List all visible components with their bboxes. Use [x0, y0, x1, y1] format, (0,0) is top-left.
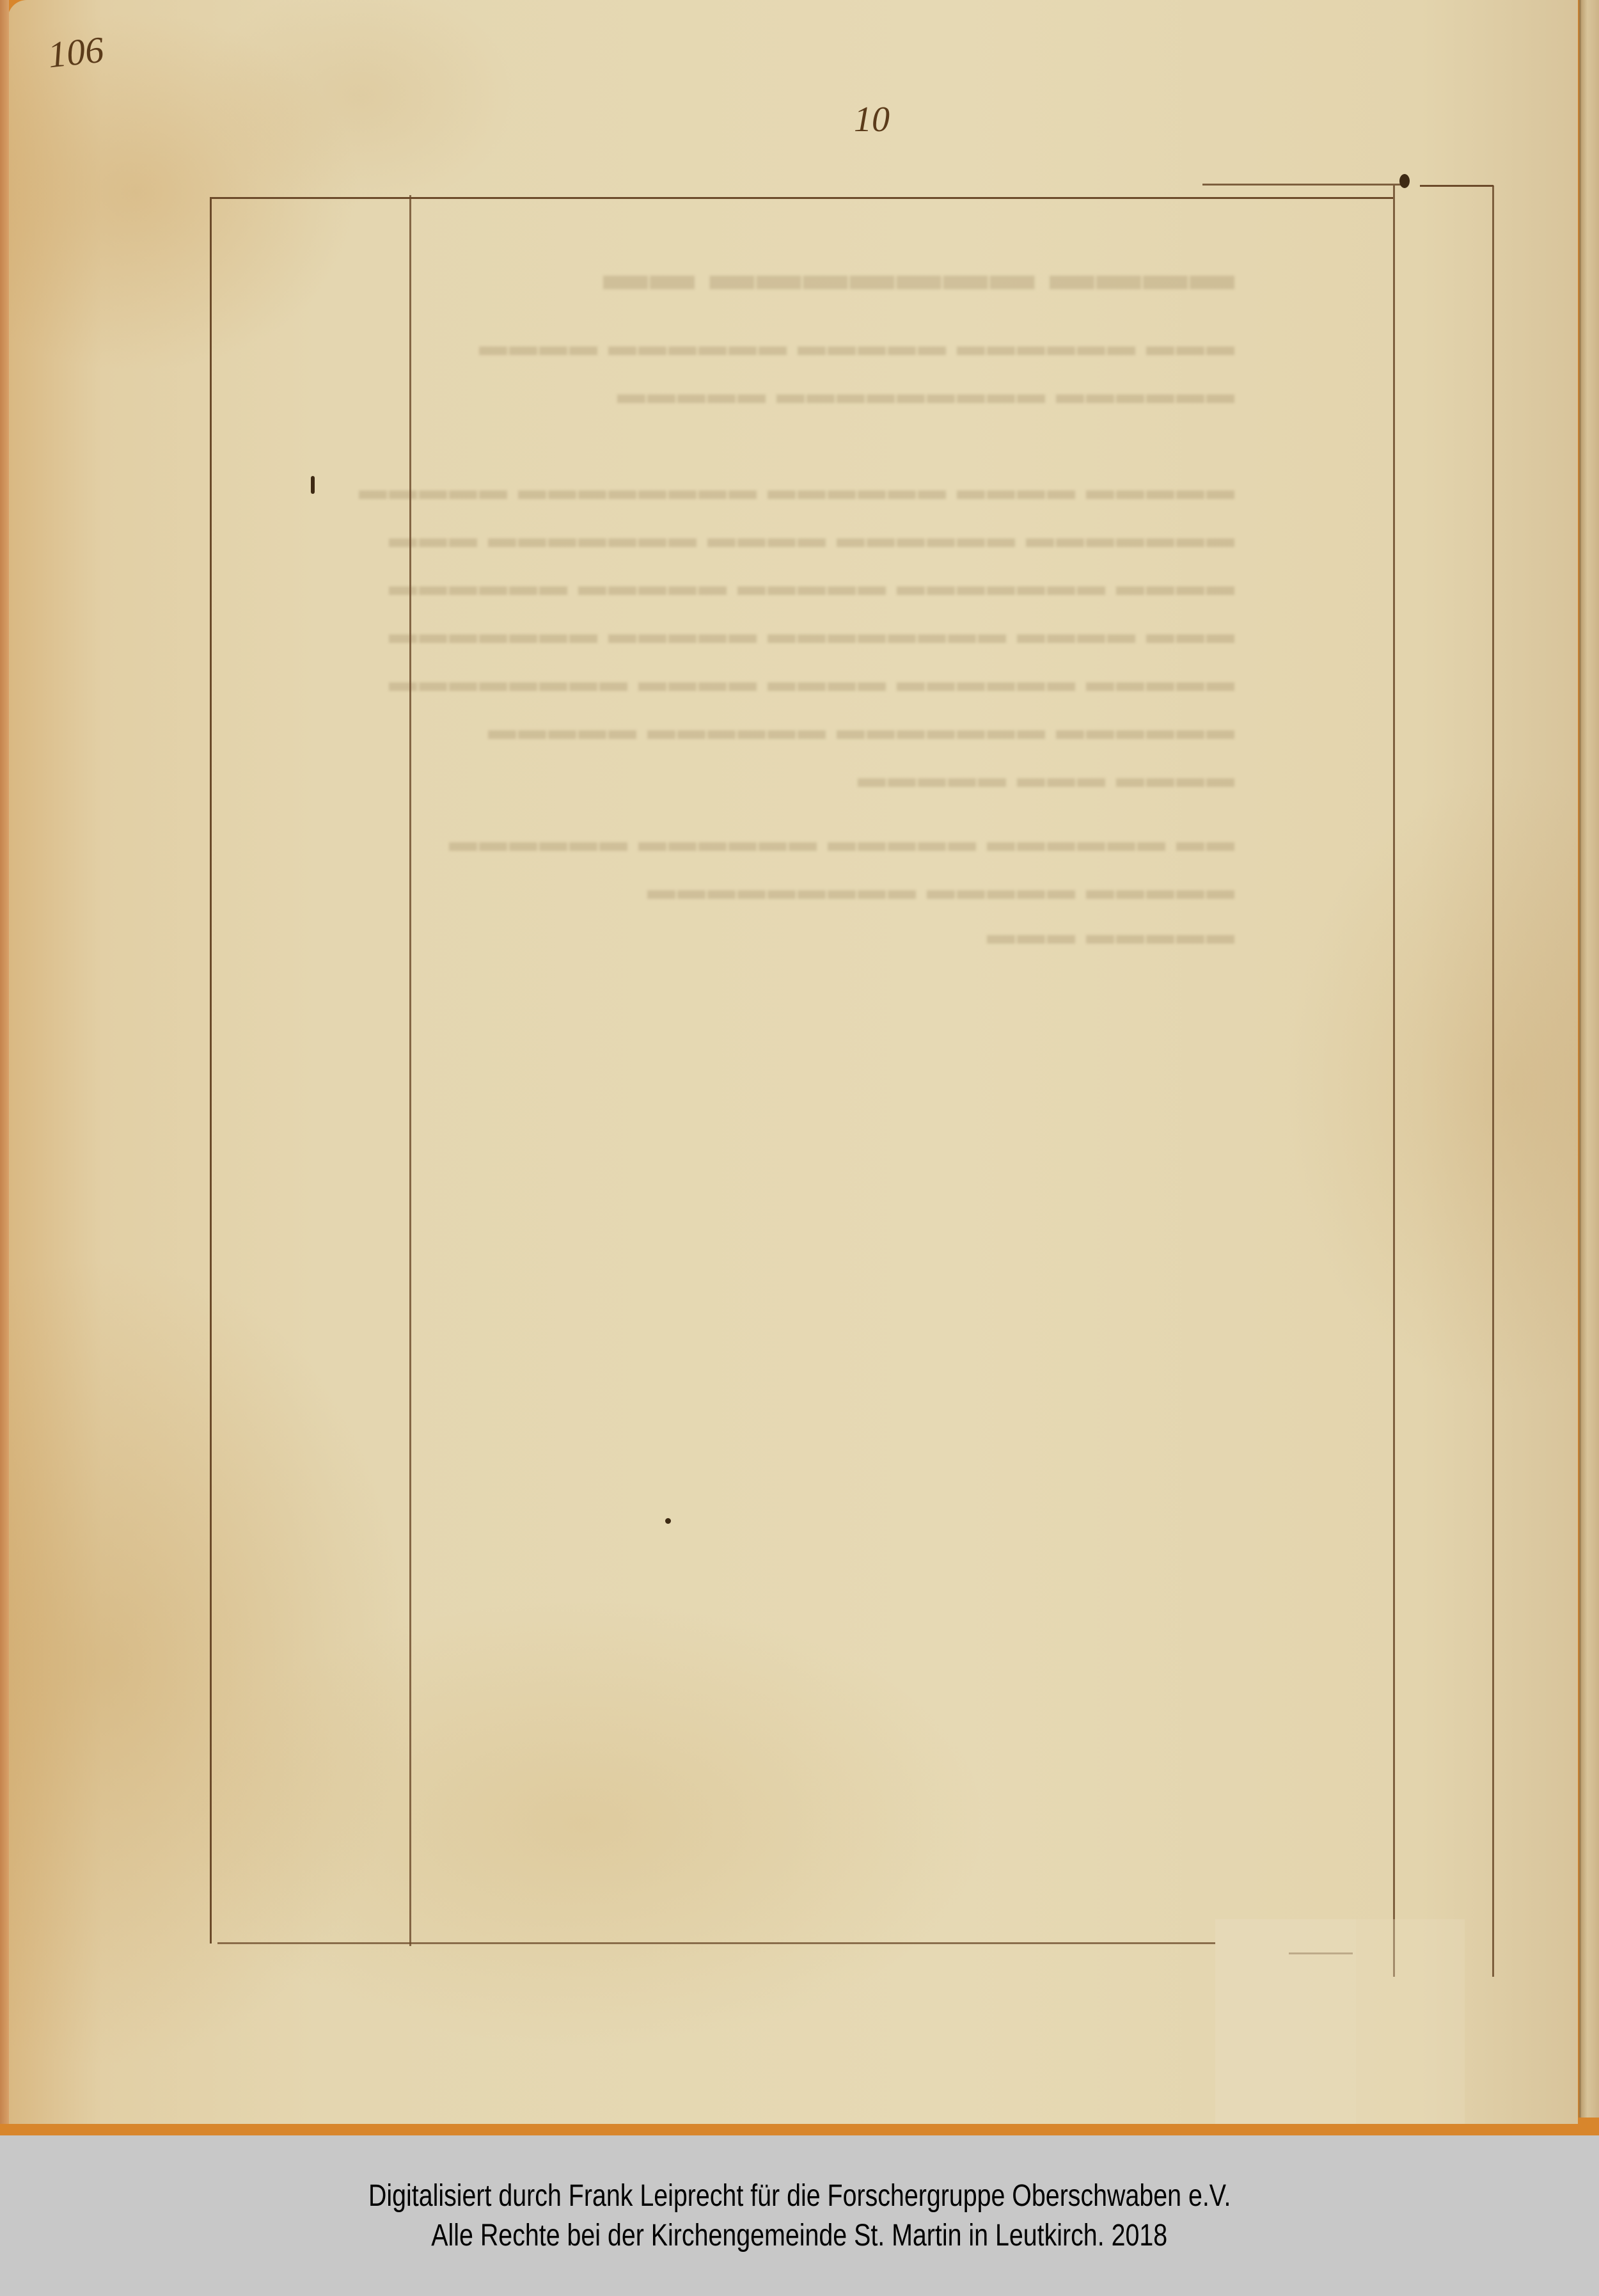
bleed-through-line: ▬▬▬▬▬ ▬▬▬▬▬▬ ▬▬▬▬ ▬▬▬▬ ▬▬▬▬▬▬▬▬: [243, 665, 1234, 698]
caption-line-2: Alle Rechte bei der Kirchengemeinde St. …: [432, 2216, 1168, 2256]
bleed-through-line: ▬▬▬▬▬ ▬▬▬▬▬ ▬▬▬▬▬▬▬▬▬: [243, 873, 1234, 906]
page-edge-line: [1579, 0, 1581, 2118]
ink-dot: [665, 1518, 671, 1524]
frame-right-rule: [1393, 186, 1395, 1977]
adjacent-pages-edge: [1580, 0, 1599, 2118]
folio-number: 106: [46, 28, 106, 77]
page-left-edge: [0, 0, 9, 2124]
paper-sheet: [8, 0, 1578, 2124]
bleed-through-line: ▬▬▬ ▬▬▬▬ ▬▬▬▬▬▬▬▬ ▬▬▬▬▬ ▬▬▬▬▬▬▬: [243, 617, 1234, 650]
frame-bottom-rule: [217, 1942, 1215, 1944]
ink-blot: [1399, 174, 1410, 188]
page-number: 10: [854, 99, 890, 140]
frame-right-outer-rule: [1492, 186, 1494, 1977]
bleed-through-line: ▬▬▬▬▬▬▬ ▬▬▬▬▬▬ ▬▬▬▬ ▬▬▬▬▬▬▬ ▬▬▬: [243, 521, 1234, 554]
bleed-through-heading: ▬▬▬▬ ▬▬▬▬▬▬▬ ▬▬: [243, 249, 1234, 301]
bleed-through-line: ▬▬ ▬▬▬▬▬▬ ▬▬▬▬▬ ▬▬▬▬▬▬ ▬▬▬▬▬▬: [243, 825, 1234, 858]
frame-top-rule-outer: [1420, 185, 1493, 187]
paper-repair-patch: [1215, 1919, 1356, 2124]
bleed-through-line: ▬▬▬▬▬▬ ▬▬▬▬▬▬▬ ▬▬▬▬▬▬ ▬▬▬▬▬: [243, 713, 1234, 746]
bleed-through-line: ▬▬▬▬ ▬▬▬ ▬▬▬▬▬: [243, 761, 1234, 794]
digitization-caption: Digitalisiert durch Frank Leiprecht für …: [0, 2135, 1599, 2296]
paper-repair-patch: [1356, 1919, 1465, 2124]
bleed-through-line: ▬▬▬▬▬ ▬▬▬▬ ▬▬▬▬▬▬ ▬▬▬▬▬▬▬▬ ▬▬▬▬▬: [243, 473, 1234, 506]
frame-top-rule-right: [1202, 184, 1407, 186]
ink-mark: [311, 476, 315, 494]
scanned-page: ▬▬▬▬ ▬▬▬▬▬▬▬ ▬▬ ▬▬▬ ▬▬▬▬▬▬ ▬▬▬▬▬ ▬▬▬▬▬▬ …: [0, 0, 1599, 2135]
frame-left-rule: [210, 197, 212, 1944]
bleed-through-line: ▬▬▬▬▬▬ ▬▬▬▬▬▬▬▬▬ ▬▬▬▬▬: [243, 377, 1234, 410]
margin-column-rule: [409, 195, 411, 1946]
bleed-through-line: ▬▬▬▬ ▬▬▬▬▬▬▬ ▬▬▬▬▬ ▬▬▬▬▬ ▬▬▬▬▬▬: [243, 569, 1234, 602]
bleed-through-line: ▬▬▬ ▬▬▬▬▬▬ ▬▬▬▬▬ ▬▬▬▬▬▬ ▬▬▬▬: [243, 329, 1234, 362]
caption-line-1: Digitalisiert durch Frank Leiprecht für …: [368, 2176, 1231, 2216]
bleed-through-line: ▬▬▬▬▬ ▬▬▬: [243, 918, 1234, 951]
frame-top-rule: [210, 197, 1393, 199]
